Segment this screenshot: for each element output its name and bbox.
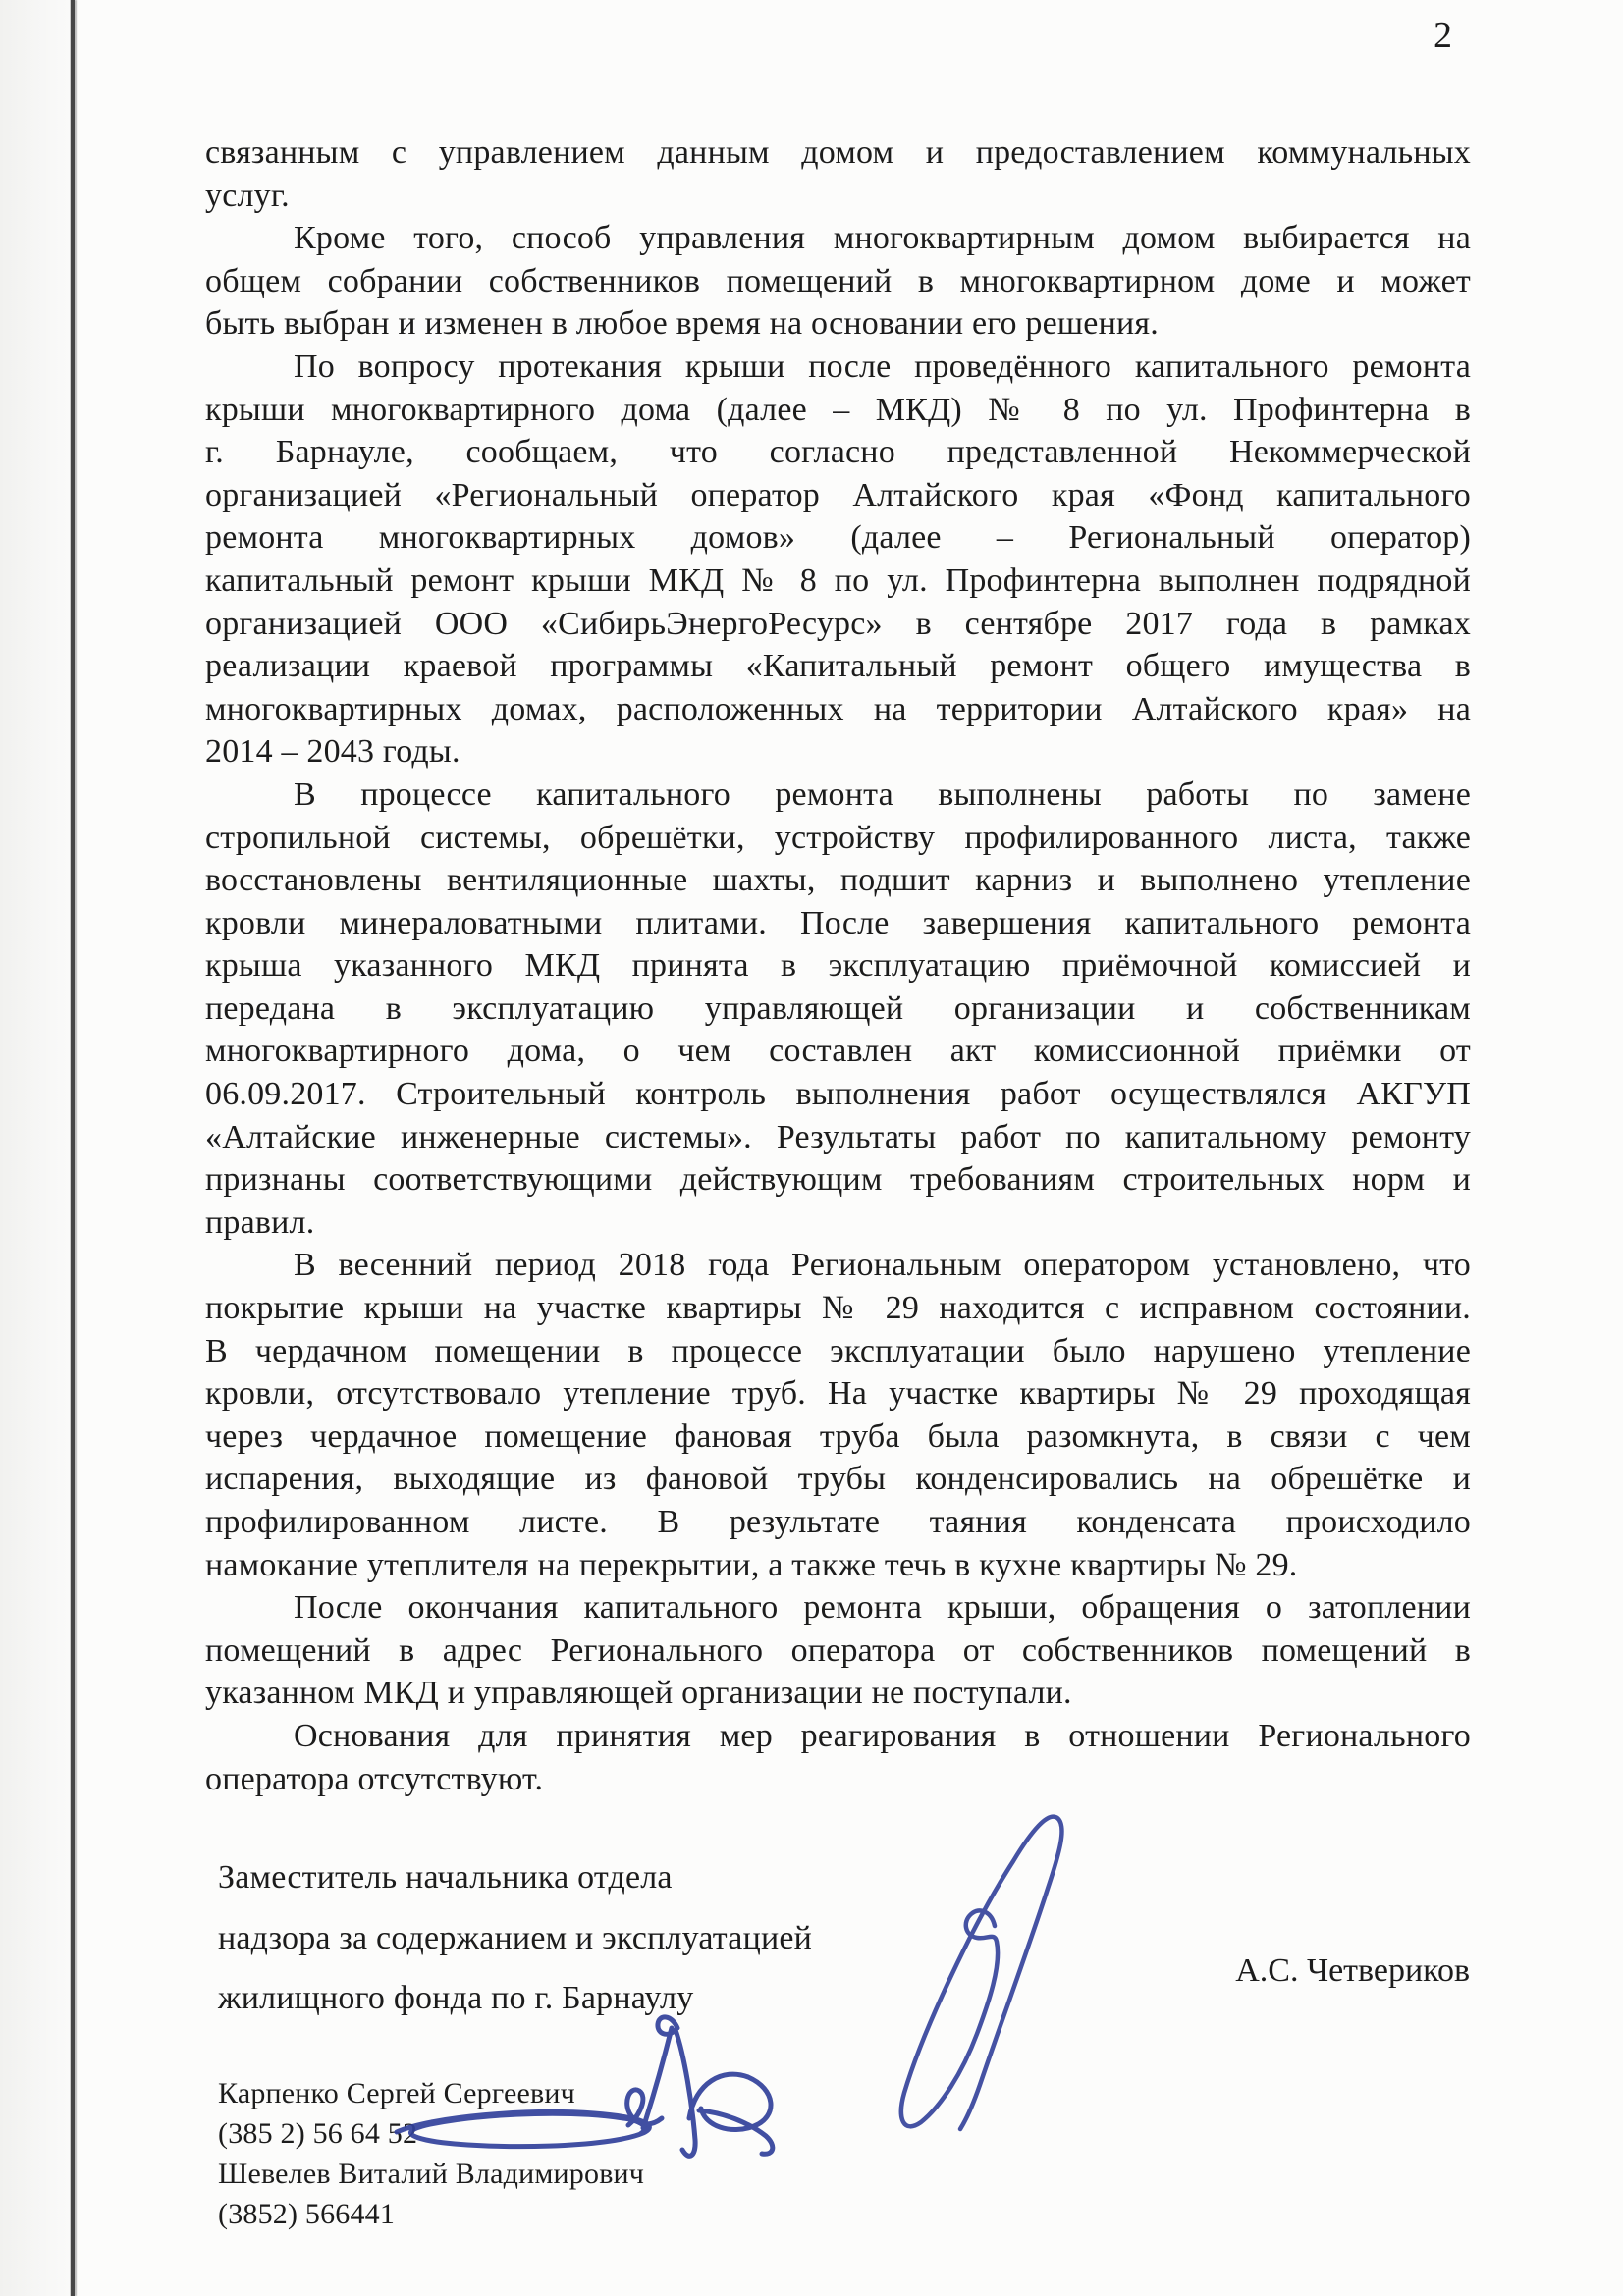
- body-line: признаны соответствующими действующим тр…: [205, 1158, 1471, 1201]
- body-line: покрытие крыши на участке квартиры № 29 …: [205, 1287, 1471, 1330]
- signer-name: А.С. Четвериков: [205, 1949, 1470, 1993]
- body-line: связанным с управлением данным домом и п…: [205, 132, 1471, 175]
- body-line: После окончания капитального ремонта кры…: [205, 1586, 1471, 1629]
- body-line: 2014 – 2043 годы.: [205, 730, 1471, 774]
- scan-artifact-line: [71, 0, 75, 2296]
- body-line: кровли минераловатными плитами. После за…: [205, 902, 1471, 945]
- body-line: через чердачное помещение фановая труба …: [205, 1415, 1471, 1459]
- signature-position-block: Заместитель начальника отделанадзора за …: [218, 1847, 1200, 2029]
- contact-line: Карпенко Сергей Сергеевич: [218, 2073, 644, 2113]
- body-line: стропильной системы, обрешётки, устройст…: [205, 817, 1471, 860]
- body-line: В чердачном помещении в процессе эксплуа…: [205, 1330, 1471, 1373]
- body-line: указанном МКД и управляющей организации …: [205, 1672, 1471, 1715]
- body-line: передана в эксплуатацию управляющей орга…: [205, 988, 1471, 1031]
- contact-line: (3852) 566441: [218, 2194, 644, 2234]
- body-line: испарения, выходящие из фановой трубы ко…: [205, 1458, 1471, 1501]
- body-line: намокание утеплителя на перекрытии, а та…: [205, 1544, 1471, 1587]
- position-line: Заместитель начальника отдела: [218, 1847, 1200, 1908]
- body-line: Кроме того, способ управления многокварт…: [205, 217, 1471, 260]
- body-line: быть выбран и изменен в любое время на о…: [205, 302, 1471, 346]
- body-line: многоквартирных домах, расположенных на …: [205, 688, 1471, 731]
- body-line: В процессе капитального ремонта выполнен…: [205, 774, 1471, 817]
- body-line: Основания для принятия мер реагирования …: [205, 1715, 1471, 1758]
- body-line: правил.: [205, 1201, 1471, 1245]
- body-line: В весенний период 2018 года Региональным…: [205, 1244, 1471, 1287]
- contact-line: (385 2) 56 64 52: [218, 2113, 644, 2154]
- body-line: оператора отсутствуют.: [205, 1758, 1471, 1801]
- body-line: организацией ООО «СибирьЭнергоРесурс» в …: [205, 603, 1471, 646]
- body-line: крыша указанного МКД принята в эксплуата…: [205, 944, 1471, 988]
- page-number: 2: [1434, 14, 1452, 57]
- body-line: профилированном листе. В результате таян…: [205, 1501, 1471, 1544]
- body-line: г. Барнауле, сообщаем, что согласно пред…: [205, 431, 1471, 474]
- body-line: По вопросу протекания крыши после провед…: [205, 346, 1471, 389]
- body-line: капитальный ремонт крыши МКД № 8 по ул. …: [205, 560, 1471, 603]
- body-line: многоквартирного дома, о чем составлен а…: [205, 1030, 1471, 1073]
- body-line: организацией «Региональный оператор Алта…: [205, 474, 1471, 517]
- contact-line: Шевелев Виталий Владимирович: [218, 2154, 644, 2194]
- body-line: общем собрании собственников помещений в…: [205, 260, 1471, 303]
- body-line: услуг.: [205, 175, 1471, 218]
- body-line: 06.09.2017. Строительный контроль выполн…: [205, 1073, 1471, 1116]
- body-line: восстановлены вентиляционные шахты, подш…: [205, 859, 1471, 902]
- body-line: ремонта многоквартирных домов» (далее – …: [205, 516, 1471, 560]
- scan-edge-strip: [0, 0, 71, 2296]
- body-line: помещений в адрес Регионального оператор…: [205, 1629, 1471, 1673]
- body-line: реализации краевой программы «Капитальны…: [205, 645, 1471, 688]
- document-page: 2 связанным с управлением данным домом и…: [0, 0, 1623, 2296]
- contacts-block: Карпенко Сергей Сергеевич(385 2) 56 64 5…: [218, 2073, 644, 2234]
- body-text: связанным с управлением данным домом и п…: [205, 132, 1471, 1800]
- body-line: кровли, отсутствовало утепление труб. На…: [205, 1372, 1471, 1415]
- body-line: «Алтайские инженерные системы». Результа…: [205, 1116, 1471, 1159]
- body-line: крыши многоквартирного дома (далее – МКД…: [205, 389, 1471, 432]
